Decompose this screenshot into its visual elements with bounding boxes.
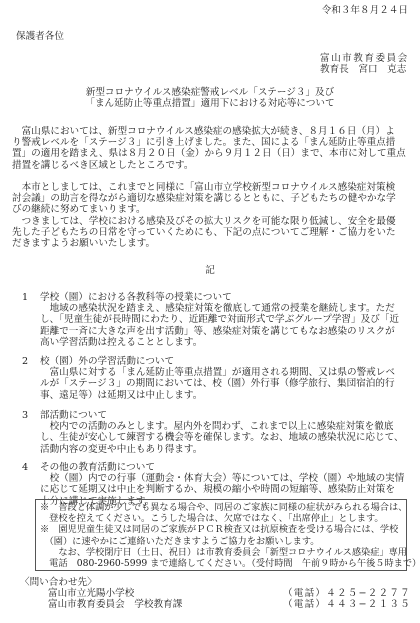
item-number: 4 xyxy=(22,462,28,473)
text-line: 富山県に対する「まん延防止等重点措置」が適用される期間、又は県の警戒レベ xyxy=(40,367,395,378)
text-line: 活動内容の変更や中止もあり得ます。 xyxy=(40,444,404,455)
text-line: り警戒レベルを「ステージ３」に引き上げました。また、国による「まん延防止等重点措 xyxy=(12,137,406,148)
item-heading: 部活動について xyxy=(40,410,404,421)
intro-paragraph-3: つきましては、学校における感染及びその拡大リスクを可能な限り低減し、安全を最優 … xyxy=(12,216,396,250)
text-line: びの継続に努めてまいります。 xyxy=(12,204,396,215)
text-line: なお、学校閉庁日（土日、祝日）は市教育委員会「新型コロナウイルス感染症」専用 xyxy=(40,547,420,558)
text-line: 登校を控えてください。こうした場合は、欠席ではなく、「出席停止」とします。 xyxy=(40,513,420,524)
text-line: （園）に速やかにご連絡いただきますようご協力をお願いします。 xyxy=(40,536,420,547)
text-line: ※ 園児児童生徒又は同居のご家族がＰＣＲ検査又は抗原検査を受ける場合には、学校 xyxy=(40,524,420,535)
contact-phone: （電話）４２５−２２７７ xyxy=(283,588,411,599)
contact-heading: 〈問い合わせ先〉 xyxy=(20,577,97,588)
text-line: 高い学習活動は控えることとします。 xyxy=(40,337,399,348)
item-heading: 校（園）外の学習活動について xyxy=(40,356,395,367)
item-3-section: 部活動について 校内での活動のみとします。屋内外を問わず、これまで以上に感染症対… xyxy=(40,410,404,455)
contact-phone: （電話）４４３−２１３５ xyxy=(283,599,411,610)
text-line: に応じて延期又は中止を判断するか、規模の縮小や時間の短縮等、感染防止対策を xyxy=(40,484,404,495)
text-line: ※ 普段と体調が少しでも異なる場合や、同居のご家族に同様の症状がみられる場合は、 xyxy=(40,502,420,513)
text-line: 校（園）内での行事（運動会・体育大会）等については、学校（園）や地域の実情 xyxy=(40,473,404,484)
document-date: 令和３年８月２４日 xyxy=(322,5,408,16)
text-line: 先した子どもたちの日常を守っていくためにも、下記の点についてご理解・ご協力をいた xyxy=(12,227,396,238)
item-2-section: 校（園）外の学習活動について 富山県に対する「まん延防止等重点措置」が適用される… xyxy=(40,356,395,401)
item-number: 3 xyxy=(22,410,28,421)
item-1-section: 学校（園）における各教科等の授業について 地域の感染状況を踏まえ、感染症対策を徹… xyxy=(40,292,399,348)
ki-heading: 記 xyxy=(0,265,420,276)
text-line: ルが「ステージ３」の期間においては、校（園）外行事（修学旅行、集団宿泊的行 xyxy=(40,378,395,389)
text-line: 富山県においては、新型コロナウイルス感染症の感染拡大が続き、８月１６日（月）よ xyxy=(12,126,406,137)
text-line: し、「児童生徒が長時間にわたり、近距離で対面形式で学ぶグループ学習」及び「近 xyxy=(40,314,399,325)
item-heading: その他の教育活動について xyxy=(40,462,404,473)
notice-text: ※ 普段と体調が少しでも異なる場合や、同居のご家族に同様の症状がみられる場合は、… xyxy=(40,502,420,569)
document-title-line-1: 新型コロナウイルス感染症警戒レベル「ステージ３」及び xyxy=(0,87,420,98)
text-line: 置」の適用を踏まえ、県は８月２０日（金）から９月１２日（日）まで、本市に対して重… xyxy=(12,148,406,159)
notice-box: ※ 普段と体調が少しでも異なる場合や、同居のご家族に同様の症状がみられる場合は、… xyxy=(35,499,407,571)
contact-name: 富山市立光陽小学校 xyxy=(48,588,134,599)
text-line: だきますようお願いいたします。 xyxy=(12,238,396,249)
text-line: 本市としましては、これまでと同様に「富山市立学校新型コロナウイルス感染症対策検 xyxy=(12,182,396,193)
text-line: 討会議」の助言を得ながら適切な感染症対策を講じるとともに、子どもたちの健やかな学 xyxy=(12,193,396,204)
text-line: 校内での活動のみとします。屋内外を問わず、これまで以上に感染症対策を徹底 xyxy=(40,421,404,432)
sender-organization: 富山市教育委員会 xyxy=(320,53,409,64)
document-title-line-2: 「まん延防止等重点措置」適用下における対応等について xyxy=(0,98,420,109)
text-line: 距離で一斉に大きな声を出す活動」等、感染症対策を講じてもなお感染のリスクが xyxy=(40,326,399,337)
text-line: つきましては、学校における感染及びその拡大リスクを可能な限り低減し、安全を最優 xyxy=(12,216,396,227)
text-line: 電話 080-2960-5999 まで連絡してください。（受付時間 午前９時から… xyxy=(40,558,420,569)
sender-name: 教育長 宮口 克志 xyxy=(320,64,406,75)
intro-paragraph-2: 本市としましては、これまでと同様に「富山市立学校新型コロナウイルス感染症対策検 … xyxy=(12,182,396,216)
item-heading: 学校（園）における各教科等の授業について xyxy=(40,292,399,303)
addressee: 保護者各位 xyxy=(16,31,64,42)
text-line: 措置を講じるべき区域としたところです。 xyxy=(12,160,406,171)
item-number: 2 xyxy=(22,356,28,367)
intro-paragraph-1: 富山県においては、新型コロナウイルス感染症の感染拡大が続き、８月１６日（月）よ … xyxy=(12,126,406,171)
contact-name: 富山市教育委員会 学校教育課 xyxy=(48,599,182,610)
text-line: 事、遠足等）は延期又は中止します。 xyxy=(40,390,395,401)
text-line: し、生徒が安心して練習する機会等を確保します。なお、地域の感染状況に応じて、 xyxy=(40,432,404,443)
text-line: 地域の感染状況を踏まえ、感染症対策を徹底して通常の授業を継続します。ただ xyxy=(40,303,399,314)
item-number: 1 xyxy=(22,292,28,303)
